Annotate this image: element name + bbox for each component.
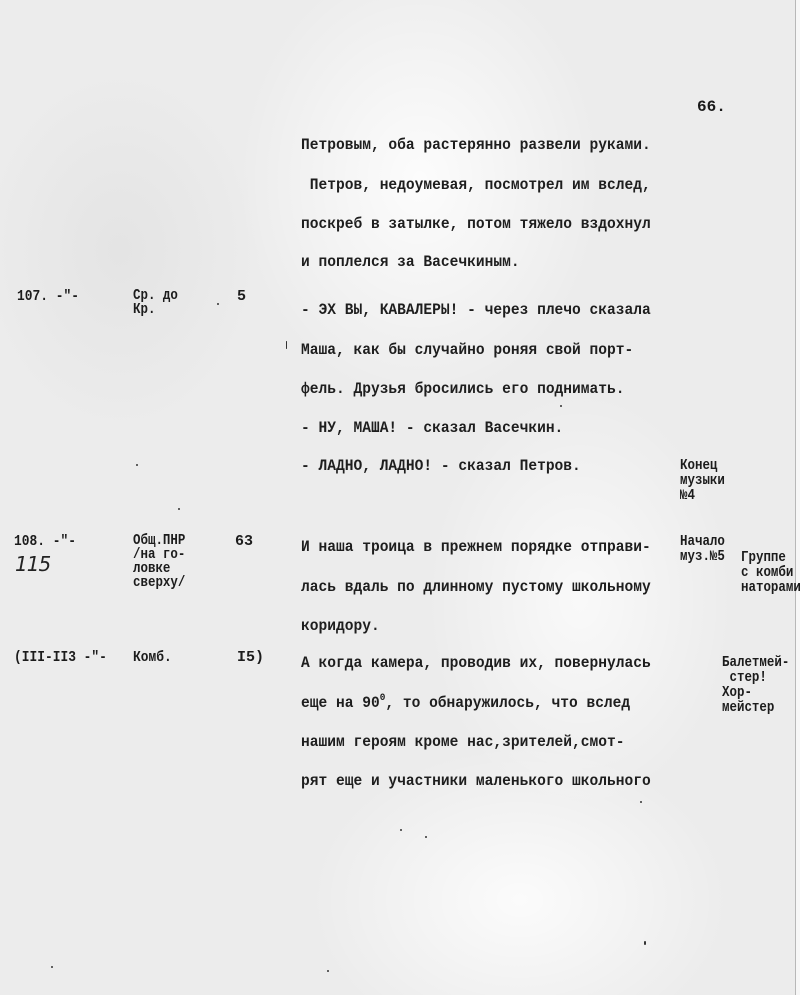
shot-duration: 5 — [237, 289, 246, 305]
shot-note-line: наторами — [741, 581, 800, 596]
shot-plan: Ср. до Кр. — [133, 289, 178, 317]
shot-text-line: - НУ, МАША! - сказал Васечкин. — [301, 419, 563, 437]
scan-speck — [400, 829, 402, 831]
shot-note: Начало муз.№5 — [680, 535, 725, 565]
shot-note-line: стер! — [722, 671, 789, 686]
shot-note-line: Балетмей- — [722, 656, 789, 671]
shot-note-line: Конец — [680, 459, 725, 474]
scan-speck — [51, 966, 53, 968]
shot-plan-line: сверху/ — [133, 576, 185, 590]
text-fragment: еще на 90 — [301, 694, 380, 712]
shot-text-line: - ЭХ ВЫ, КАВАЛЕРЫ! - через плечо сказала — [301, 301, 651, 319]
shot-note-line: музыки — [680, 474, 725, 489]
shot-text-line: рят еще и участники маленького школьного — [301, 772, 651, 790]
scan-speck — [644, 941, 646, 945]
shot-text-line: Маша, как бы случайно роняя свой порт- — [301, 341, 633, 359]
shot-note-line: №4 — [680, 489, 725, 504]
scan-speck — [425, 836, 427, 838]
handwritten-shot-number: 115 — [15, 552, 50, 576]
shot-plan-line: /на го- — [133, 548, 185, 562]
shot-text-line: еще на 900, то обнаружилось, что вслед — [301, 694, 630, 712]
shot-plan: Комб. — [133, 650, 172, 666]
page-edge-margin — [796, 0, 800, 995]
shot-text-line: коридору. — [301, 617, 380, 635]
shot-note-line: мейстер — [722, 701, 789, 716]
continuation-line: Петровым, оба растерянно развели руками. — [301, 136, 651, 154]
continuation-line: и поплелся за Васечкиным. — [301, 253, 520, 271]
shot-note: Конец музыки №4 — [680, 459, 725, 504]
shot-note-line: Группе — [741, 551, 800, 566]
shot-text-line: нашим героям кроме нас,зрителей,смот- — [301, 733, 625, 751]
shot-text-line: И наша троица в прежнем порядке отправи- — [301, 538, 651, 556]
shot-plan-line: ловке — [133, 562, 185, 576]
shot-plan-line: Кр. — [133, 303, 178, 317]
scan-speck — [560, 405, 562, 407]
page-number: 66. — [697, 98, 726, 116]
scan-speck — [640, 801, 642, 803]
text-fragment: , то обнаружилось, что вслед — [385, 694, 630, 712]
shot-text-line: - ЛАДНО, ЛАДНО! - сказал Петров. — [301, 457, 581, 475]
shot-note-right: Группе с комби наторами — [741, 551, 800, 596]
shot-note-line: Начало — [680, 535, 725, 550]
shot-text-line: фель. Друзья бросились его поднимать. — [301, 380, 625, 398]
shot-duration: I5) — [237, 650, 264, 666]
shot-note-line: с комби — [741, 566, 800, 581]
shot-text-line: лась вдаль по длинному пустому школьному — [301, 578, 651, 596]
shot-note-line: Хор- — [722, 686, 789, 701]
continuation-line: поскреб в затылке, потом тяжело вздохнул — [301, 215, 651, 233]
shot-number: 108. -"- — [14, 534, 76, 550]
shot-text-line: А когда камера, проводив их, повернулась — [301, 654, 651, 672]
shot-plan-line: Ср. до — [133, 289, 178, 303]
shot-plan: Общ.ПНР /на го- ловке сверху/ — [133, 534, 185, 590]
shot-duration: 63 — [235, 534, 253, 550]
shot-number: (III-II3 -"- — [14, 650, 107, 666]
continuation-line: Петров, недоумевая, посмотрел им вслед, — [301, 176, 651, 194]
shot-plan-line: Общ.ПНР — [133, 534, 185, 548]
shot-number: 107. -"- — [17, 289, 79, 305]
shot-note: Балетмей- стер! Хор- мейстер — [722, 656, 789, 716]
scan-speck — [217, 303, 219, 305]
shot-note-line: муз.№5 — [680, 550, 725, 565]
scanned-document-page: 66. Петровым, оба растерянно развели рук… — [0, 0, 800, 995]
scan-mark — [286, 341, 287, 349]
scan-speck — [327, 970, 329, 972]
scan-speck — [178, 508, 180, 510]
scan-speck — [136, 464, 138, 466]
